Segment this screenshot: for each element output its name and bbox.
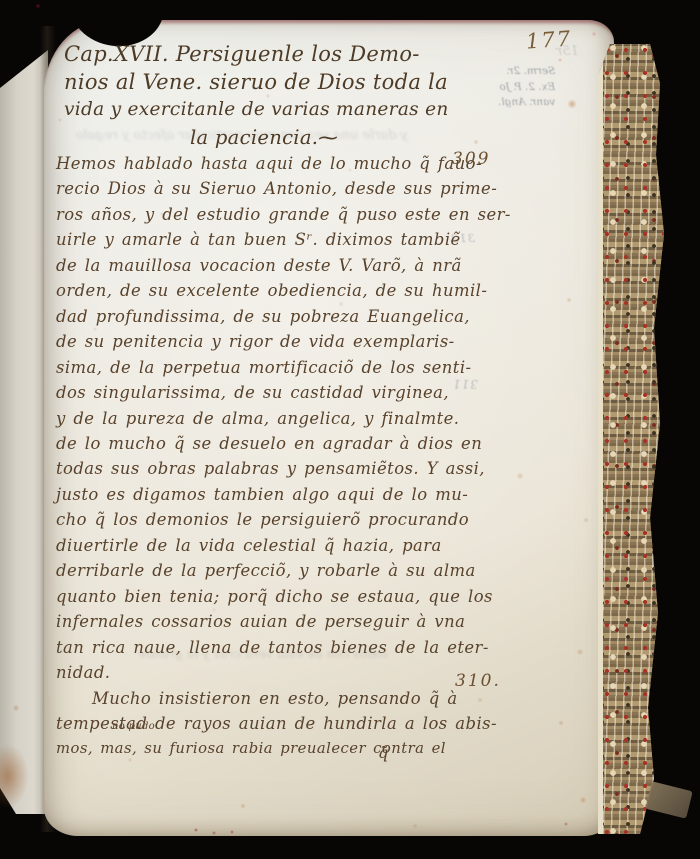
body-line: Hemos hablado hasta aqui de lo mucho q̃ … [56,151,470,176]
bleedthrough-line: vanr. Angl. [498,95,555,111]
body-line: cho q̃ los demonios le persiguierõ procu… [56,507,470,532]
book-fore-edge [598,44,664,834]
body-line: de lo mucho q̃ se desuelo en agradar à d… [56,431,470,456]
catchword: q̃ [378,743,388,762]
chapter-heading-line: vida y exercitanle de varias maneras en [64,96,500,124]
photo-background: { "document": { "folio_number": "177", "… [0,0,700,859]
folio-number: 177 [525,26,573,53]
chapter-heading: Cap.XVII. Persiguenle los Demo- nios al … [64,40,500,152]
body-line: de su penitencia y rigor de vida exempla… [56,329,470,354]
body-line: y de la pureza de alma, angelica, y fina… [56,406,470,431]
margin-reference-309: 309 [452,149,490,169]
bleedthrough-line: Serm. 2r. [498,64,555,80]
body-line: infernales cossarios auian de perseguir … [56,609,470,634]
margin-reference-310: 310. [455,671,501,691]
body-line: ros años, y del estudio grande q̃ puso e… [56,202,470,227]
body-line: derribarle de la perfecciõ, y robarle à … [56,558,470,583]
body-line: uirle y amarle à tan buen Sʳ. diximos ta… [56,227,470,252]
body-line: quanto bien tenia; porq̃ dicho se estaua… [56,584,470,609]
body-line: justo es digamos tambien algo aqui de lo… [56,482,470,507]
body-line: orden, de su excelente obediencia, de su… [56,278,470,303]
fore-edge-flap [645,781,693,818]
chapter-heading-line: nios al Vene. sieruo de Dios toda la [64,68,500,96]
manuscript-body-text: Hemos hablado hasta aqui de lo mucho q̃ … [56,151,470,762]
body-line: diuertirle de la vida celestial q̃ hazia… [56,533,470,558]
bleedthrough-note: Serm. 2r. Ex. 2. P. Jo vanr. Angl. [498,64,555,111]
interlinear-note: no pudo [112,721,155,732]
body-line: de la mauillosa vocacion deste V. Varõ, … [56,253,470,278]
body-line: recio Dios à su Sieruo Antonio, desde su… [56,176,470,201]
body-line-paragraph-start: Mucho insistieron en esto, pensando q̃ à [56,686,470,711]
chapter-heading-line: Cap.XVII. Persiguenle los Demo- [64,40,500,68]
body-line: dos singularissima, de su castidad virgi… [56,380,470,405]
chapter-heading-line: la paciencia.⁓ [64,124,464,152]
body-line: tan rica naue, llena de tantos bienes de… [56,635,470,660]
body-line: todas sus obras palabras y pensamiẽtos. … [56,456,470,481]
body-line: dad profundissima, de su pobreza Euangel… [56,304,470,329]
body-line: sima, de la perpetua mortificaciõ de los… [56,355,470,380]
body-line: mos, mas, su furiosa rabia preualecer co… [56,736,470,761]
bleedthrough-line: Ex. 2. P. Jo [498,80,555,96]
body-line: nidad. [56,660,470,685]
